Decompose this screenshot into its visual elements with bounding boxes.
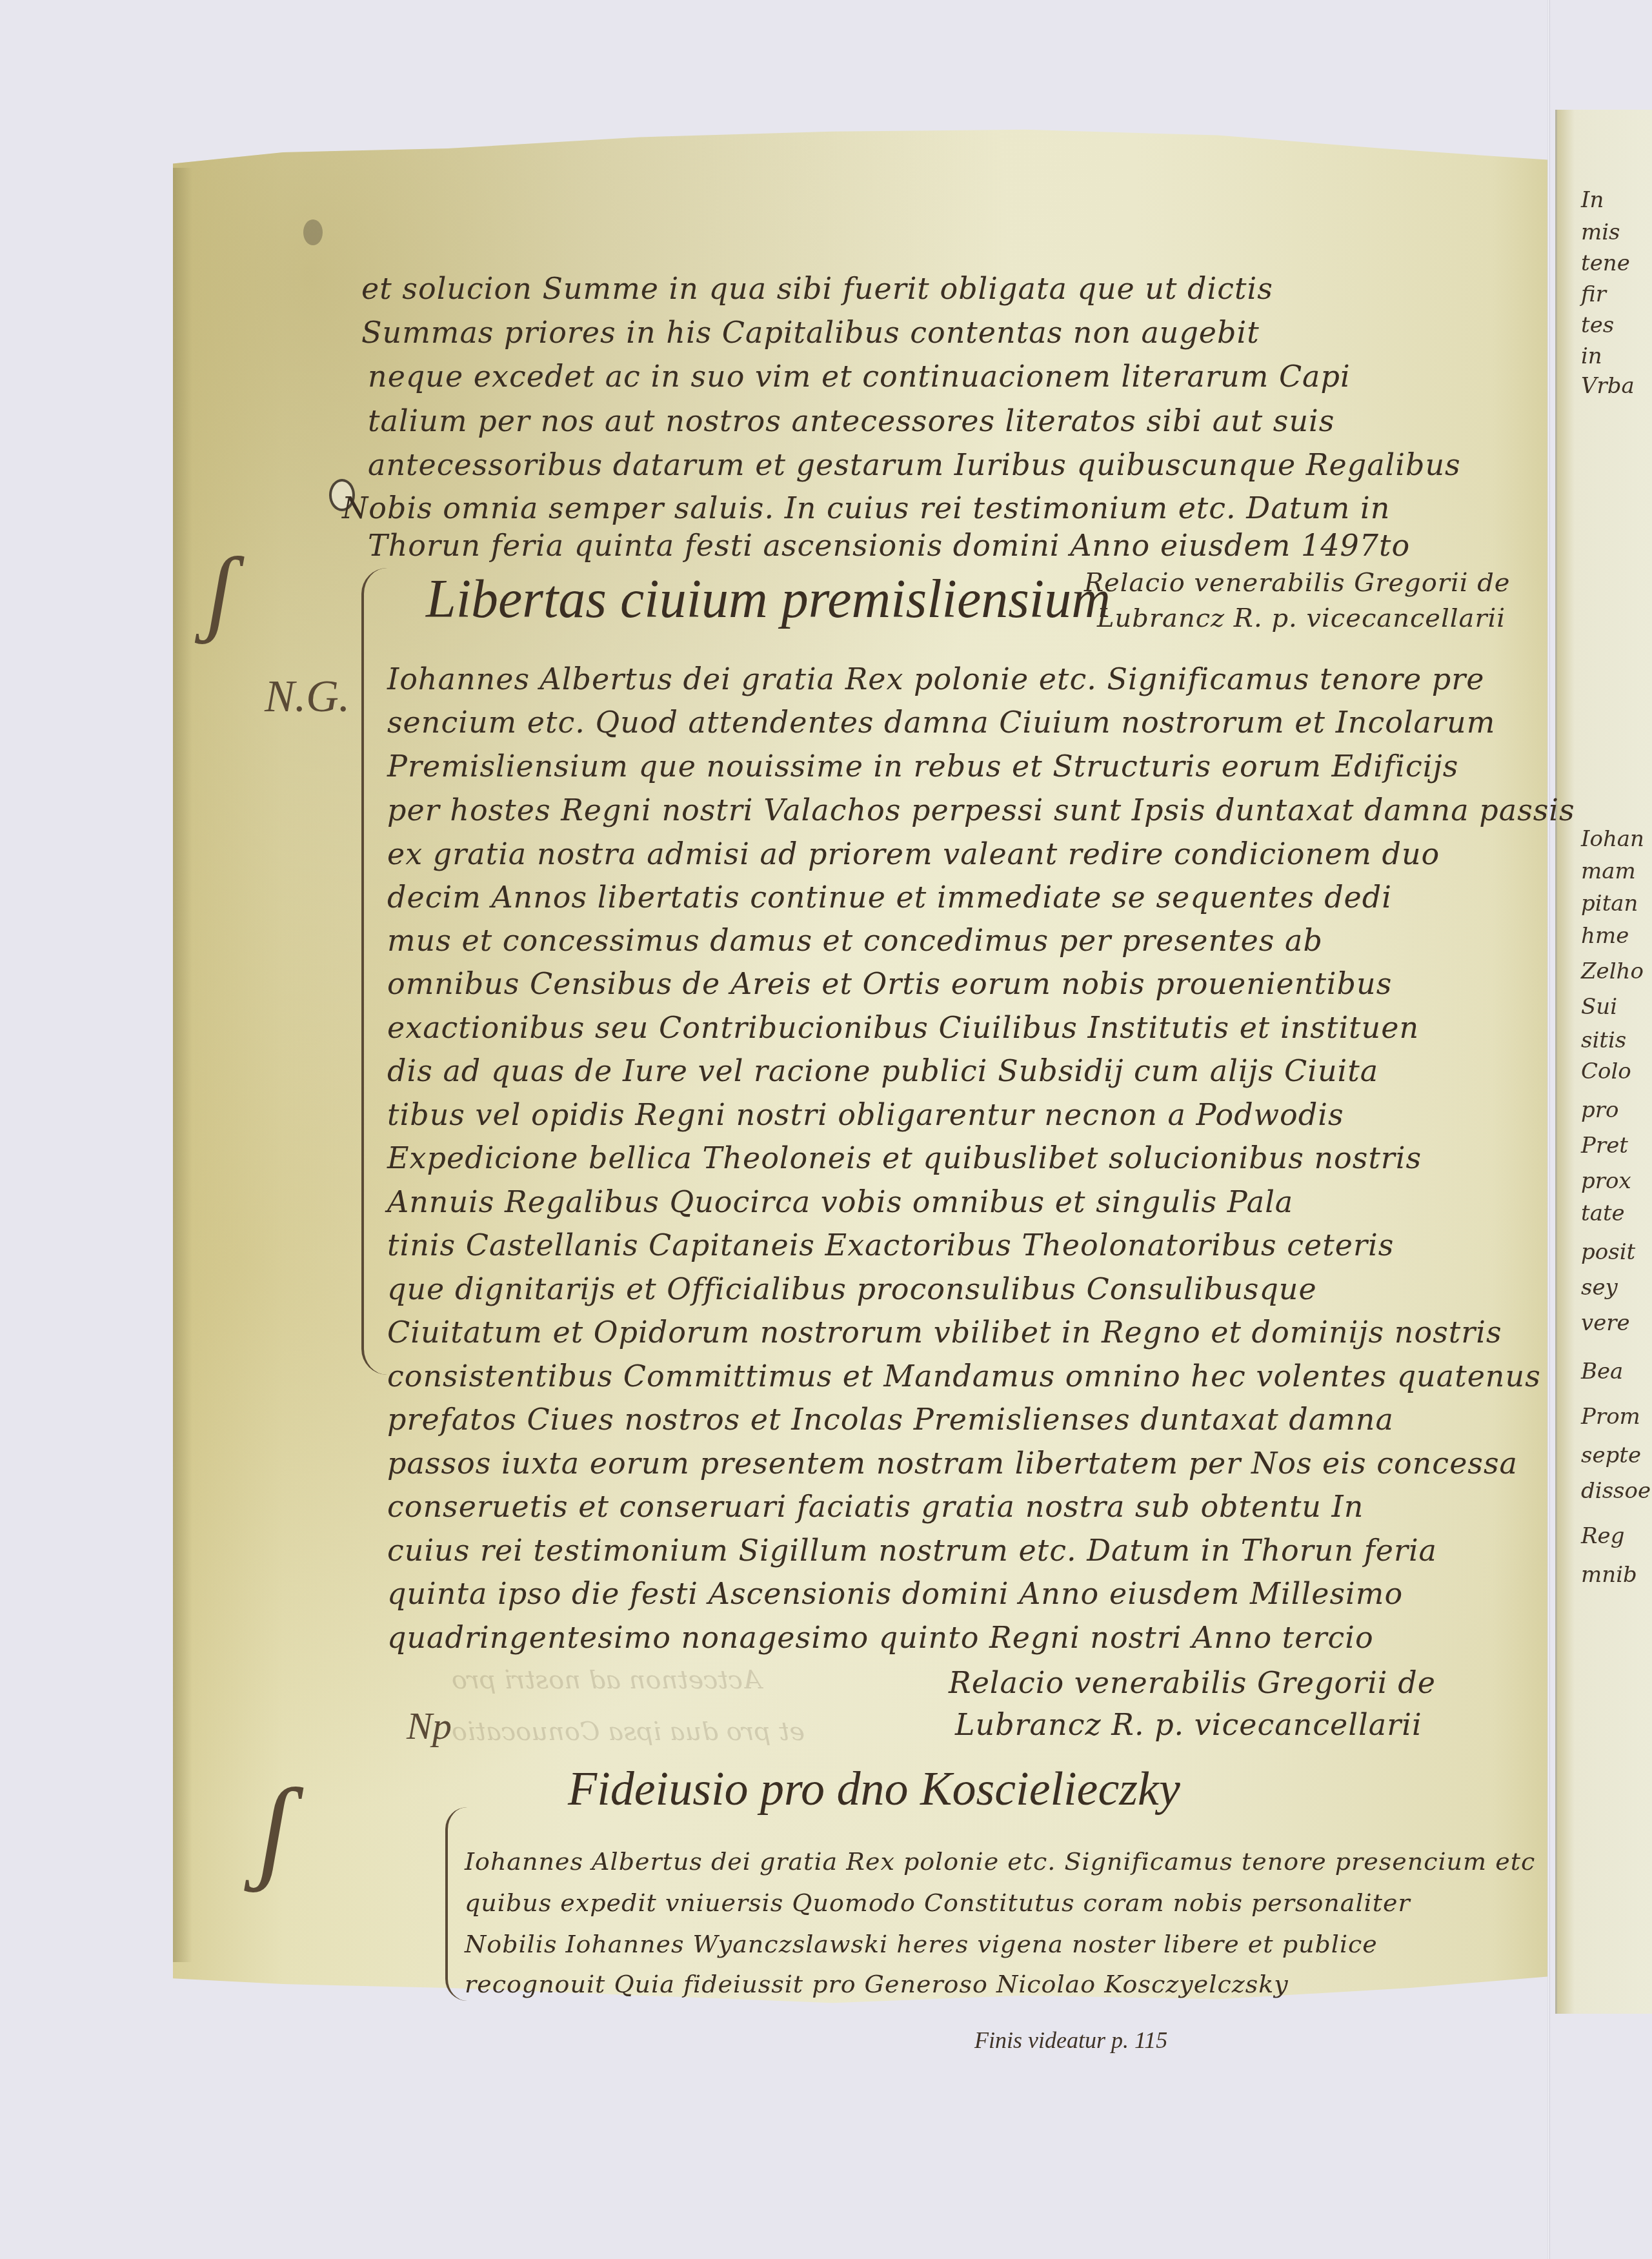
- text-line: que dignitarijs et Officialibus proconsu…: [387, 1271, 1317, 1306]
- facing-text-fragment: tene: [1581, 250, 1630, 276]
- text-line: tinis Castellanis Capitaneis Exactoribus…: [387, 1228, 1394, 1262]
- facing-text-fragment: Vrba: [1581, 373, 1635, 399]
- text-line: talium per nos aut nostros antecessores …: [368, 403, 1335, 438]
- text-line: sencium etc. Quod attendentes damna Ciui…: [387, 705, 1495, 740]
- facing-text-fragment: mnib: [1581, 1562, 1637, 1588]
- text-line: mus et concessimus damus et concedimus p…: [387, 923, 1323, 958]
- facing-text-fragment: tes: [1581, 312, 1614, 338]
- facing-text-fragment: hme: [1581, 923, 1629, 949]
- text-line: Annuis Regalibus Quocirca vobis omnibus …: [387, 1184, 1293, 1219]
- text-line: prefatos Ciues nostros et Incolas Premis…: [387, 1402, 1394, 1437]
- text-line: conseruetis et conseruari faciatis grati…: [387, 1489, 1364, 1524]
- facing-text-fragment: Pret: [1581, 1133, 1628, 1159]
- facing-text-fragment: Reg: [1581, 1523, 1625, 1549]
- text-line: decim Annos libertatis continue et immed…: [387, 880, 1392, 915]
- text-line: tibus vel opidis Regni nostri obligarent…: [387, 1097, 1344, 1132]
- heading-note-line: Relacio venerabilis Gregorii de: [1084, 568, 1510, 598]
- paragraph-mark: ʃ: [206, 536, 234, 647]
- text-line: cuius rei testimonium Sigillum nostrum e…: [387, 1533, 1437, 1568]
- text-line: Expedicione bellica Theoloneis et quibus…: [387, 1140, 1422, 1175]
- facing-text-fragment: Bea: [1581, 1359, 1623, 1384]
- facing-text-fragment: posit: [1581, 1239, 1635, 1265]
- text-line: Iohannes Albertus dei gratia Rex polonie…: [465, 1847, 1535, 1876]
- section-bracket: [445, 1807, 467, 2001]
- section-heading: Libertas ciuium premisliensium: [426, 568, 1111, 631]
- facing-text-fragment: In: [1581, 187, 1604, 213]
- ink-stain: [303, 219, 323, 245]
- text-line: quinta ipso die festi Ascensionis domini…: [387, 1576, 1403, 1611]
- text-line: recognouit Quia fideiussit pro Generoso …: [465, 1970, 1289, 1998]
- text-line: Nobilis Iohannes Wyanczslawski heres vig…: [465, 1930, 1378, 1958]
- text-line: Premisliensium que nouissime in rebus et…: [387, 749, 1458, 784]
- text-line: per hostes Regni nostri Valachos perpess…: [387, 793, 1575, 827]
- facing-text-fragment: mam: [1581, 858, 1636, 884]
- text-line: consistentibus Committimus et Mandamus o…: [387, 1359, 1541, 1393]
- text-line: Summas priores in his Capitalibus conten…: [361, 315, 1260, 350]
- text-line: Thorun feria quinta festi ascensionis do…: [368, 528, 1410, 563]
- text-line: quibus expedit vniuersis Quomodo Constit…: [465, 1889, 1411, 1917]
- footer-note: Finis videatur p. 115: [974, 2027, 1167, 2054]
- facing-text-fragment: sey: [1581, 1275, 1618, 1301]
- facing-text-fragment: fir: [1581, 281, 1606, 307]
- facing-text-fragment: in: [1581, 343, 1602, 369]
- relacio-line: Lubrancz R. p. vicecancellarii: [955, 1707, 1422, 1742]
- facing-text-fragment: septe: [1581, 1443, 1641, 1468]
- text-line: neque excedet ac in suo vim et continuac…: [368, 359, 1351, 394]
- paragraph-mark: ʃ: [258, 1762, 292, 1896]
- margin-mark-np: Np: [407, 1704, 452, 1748]
- bleed-through-text: Actcetnon ad nostri pro: [452, 1665, 761, 1695]
- section-heading: Fideiusio pro dno Koscielieczky: [568, 1762, 1180, 1817]
- text-line: omnibus Censibus de Areis et Ortis eorum…: [387, 966, 1392, 1001]
- facing-text-fragment: Zelho: [1581, 958, 1644, 984]
- text-line: ex gratia nostra admisi ad priorem valea…: [387, 836, 1440, 871]
- heading-note-line: Lubrancz R. p. vicecancellarii: [1097, 603, 1506, 633]
- facing-text-fragment: pitan: [1581, 891, 1638, 917]
- margin-mark-ng: N.G.: [265, 671, 350, 723]
- leaf-edge-shadow: [173, 168, 192, 1962]
- text-line: quadringentesimo nonagesimo quinto Regni…: [387, 1620, 1374, 1655]
- facing-text-fragment: vere: [1581, 1310, 1630, 1336]
- text-line: dis ad quas de Iure vel racione publici …: [387, 1053, 1378, 1088]
- facing-text-fragment: mis: [1581, 219, 1620, 245]
- text-line: et solucion Summe in qua sibi fuerit obl…: [361, 271, 1273, 306]
- facing-text-fragment: pro: [1581, 1097, 1619, 1123]
- facing-text-fragment: Sui: [1581, 994, 1617, 1020]
- facing-text-fragment: Iohan: [1581, 826, 1644, 852]
- text-line: Nobis omnia semper saluis. In cuius rei …: [342, 491, 1390, 525]
- text-line: Iohannes Albertus dei gratia Rex polonie…: [387, 662, 1484, 696]
- text-line: Ciuitatum et Opidorum nostrorum vbilibet…: [387, 1315, 1502, 1350]
- facing-text-fragment: Prom: [1581, 1404, 1640, 1430]
- text-line: passos iuxta eorum presentem nostram lib…: [387, 1446, 1518, 1481]
- bleed-through-text: et pro dua ipsa Conuocatio: [452, 1717, 805, 1747]
- facing-text-fragment: Colo: [1581, 1059, 1631, 1084]
- facing-text-fragment: prox: [1581, 1168, 1631, 1194]
- facing-text-fragment: tate: [1581, 1200, 1625, 1226]
- section-bracket: [361, 568, 390, 1375]
- text-line: exactionibus seu Contribucionibus Ciuili…: [387, 1010, 1419, 1045]
- gutter-divider: [1547, 0, 1550, 2259]
- facing-text-fragment: dissoe: [1581, 1478, 1651, 1504]
- text-line: antecessoribus datarum et gestarum Iurib…: [368, 447, 1461, 482]
- relacio-line: Relacio venerabilis Gregorii de: [949, 1665, 1436, 1700]
- facing-text-fragment: sitis: [1581, 1028, 1626, 1053]
